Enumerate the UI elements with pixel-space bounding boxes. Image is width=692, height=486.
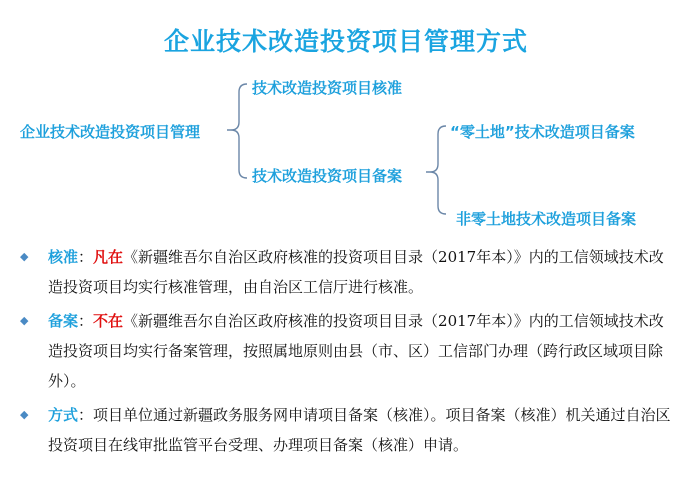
- bullet-colon: ：: [78, 312, 93, 330]
- diamond-bullet-icon: ◆: [20, 242, 28, 272]
- bullet-keyword: 备案: [48, 312, 78, 330]
- diagram-leaf-non-zero-land: 非零土地技术改造项目备案: [456, 208, 636, 229]
- page-title: 企业技术改造投资项目管理方式: [0, 22, 692, 58]
- diagram-branch-approval: 技术改造投资项目核准: [252, 77, 402, 98]
- diamond-bullet-icon: ◆: [20, 400, 28, 430]
- diagram-leaf-zero-land: “零土地”技术改造项目备案: [450, 121, 635, 142]
- bullet-highlight: 不在: [93, 312, 123, 330]
- bullet-keyword: 方式: [48, 406, 78, 424]
- bullet-colon: ：: [78, 248, 93, 266]
- bullet-keyword: 核准: [48, 248, 78, 266]
- brace-filing-icon: [424, 122, 448, 218]
- bullet-approval: ◆ 核准：凡在《新疆维吾尔自治区政府核准的投资项目目录（2017年本）》内的工信…: [18, 242, 678, 302]
- bullet-filing: ◆ 备案：不在《新疆维吾尔自治区政府核准的投资项目目录（2017年本）》内的工信…: [18, 306, 678, 396]
- bullet-list: ◆ 核准：凡在《新疆维吾尔自治区政府核准的投资项目目录（2017年本）》内的工信…: [18, 242, 678, 464]
- diamond-bullet-icon: ◆: [20, 306, 28, 336]
- bullet-method: ◆ 方式：项目单位通过新疆政务服务网申请项目备案（核准）。项目备案（核准）机关通…: [18, 400, 678, 460]
- diagram-root-node: 企业技术改造投资项目管理: [20, 121, 200, 142]
- bullet-text: 《新疆维吾尔自治区政府核准的投资项目目录（2017年本）》内的工信领域技术改造投…: [48, 312, 664, 390]
- bullet-text: 《新疆维吾尔自治区政府核准的投资项目目录（2017年本）》内的工信领域技术改造投…: [48, 248, 664, 296]
- bullet-colon: ：: [78, 406, 93, 424]
- bullet-text: 项目单位通过新疆政务服务网申请项目备案（核准）。项目备案（核准）机关通过自治区投…: [48, 406, 671, 454]
- brace-root-icon: [225, 82, 249, 182]
- diagram-branch-filing: 技术改造投资项目备案: [252, 165, 402, 186]
- bullet-highlight: 凡在: [93, 248, 123, 266]
